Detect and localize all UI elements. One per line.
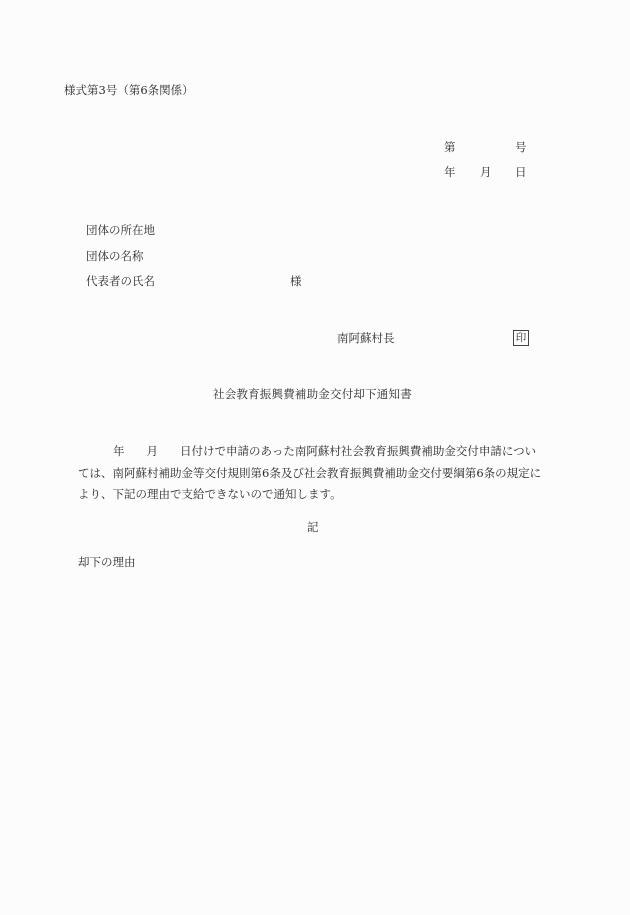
body-line-1-text: 日付けで申請のあった南阿蘇村社会教育振興費補助金交付申請につい bbox=[180, 444, 536, 458]
form-number: 様式第3号（第6条関係） bbox=[64, 85, 194, 97]
document-title: 社会教育振興費補助金交付却下通知書 bbox=[213, 389, 412, 401]
body-line-1: 年月日付けで申請のあった南阿蘇村社会教育振興費補助金交付申請につい bbox=[113, 446, 536, 458]
issuer-name: 南阿蘇村長 bbox=[337, 333, 395, 345]
note-label: 記 bbox=[307, 522, 319, 534]
body-month-label: 月 bbox=[147, 444, 159, 458]
doc-number-suffix: 号 bbox=[515, 142, 527, 154]
doc-number-prefix: 第 bbox=[444, 142, 456, 154]
recipient-name-label: 団体の名称 bbox=[86, 251, 144, 263]
body-year-label: 年 bbox=[113, 444, 125, 458]
date-month-label: 月 bbox=[480, 167, 492, 179]
recipient-honorific: 様 bbox=[290, 276, 302, 288]
recipient-address-label: 団体の所在地 bbox=[86, 225, 155, 237]
seal-icon: 印 bbox=[513, 330, 529, 346]
body-line-2: ては、南阿蘇村補助金等交付規則第6条及び社会教育振興費補助金交付要綱第6条の規定… bbox=[78, 468, 541, 480]
date-day-label: 日 bbox=[515, 167, 527, 179]
date-year-label: 年 bbox=[444, 167, 456, 179]
body-line-3: より、下記の理由で支給できないので通知します。 bbox=[78, 489, 342, 501]
recipient-representative-label: 代表者の氏名 bbox=[86, 276, 155, 288]
rejection-reason-label: 却下の理由 bbox=[78, 557, 136, 569]
